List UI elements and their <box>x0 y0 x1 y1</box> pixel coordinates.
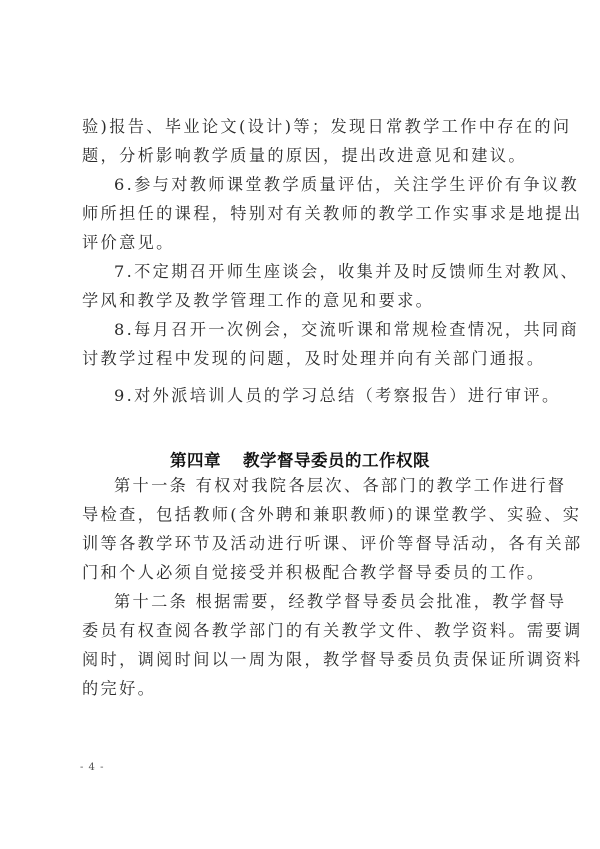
page-number: - 4 - <box>80 762 104 773</box>
paragraph-line: 委员有权查阅各教学部门的有关教学文件、教学资料。需要调 <box>82 621 522 641</box>
chapter-heading: 第四章教学督导委员的工作权限 <box>0 447 600 471</box>
paragraph-line: 第十一条 有权对我院各层次、各部门的教学工作进行督 <box>114 476 554 496</box>
paragraph-line: 导检查，包括教师(含外聘和兼职教师)的课堂教学、实验、实 <box>82 505 522 525</box>
paragraph-line: 阅时，调阅时间以一周为限，教学督导委员负责保证所调资料 <box>82 650 522 670</box>
paragraph-line: 评价意见。 <box>82 233 522 253</box>
paragraph-line: 讨教学过程中发现的问题，及时处理并向有关部门通报。 <box>82 349 522 369</box>
paragraph-line: 门和个人必须自觉接受并积极配合教学督导委员的工作。 <box>82 563 522 583</box>
chapter-number: 第四章 <box>170 451 221 470</box>
paragraph-line: 题，分析影响教学质量的原因，提出改进意见和建议。 <box>82 146 522 166</box>
paragraph-line: 8.每月召开一次例会，交流听课和常规检查情况，共同商 <box>114 320 554 340</box>
chapter-title: 教学督导委员的工作权限 <box>243 451 430 470</box>
paragraph-line: 的完好。 <box>82 679 522 699</box>
paragraph-line: 训等各教学环节及活动进行听课、评价等督导活动，各有关部 <box>82 534 522 554</box>
paragraph-line: 学风和教学及教学管理工作的意见和要求。 <box>82 291 522 311</box>
paragraph-line: 6.参与对教师课堂教学质量评估，关注学生评价有争议教 <box>114 175 554 195</box>
paragraph-line: 第十二条 根据需要，经教学督导委员会批准，教学督导 <box>114 592 554 612</box>
document-page: 验)报告、毕业论文(设计)等；发现日常教学工作中存在的问 题，分析影响教学质量的… <box>0 0 600 849</box>
paragraph-line: 7.不定期召开师生座谈会，收集并及时反馈师生对教风、 <box>114 262 554 282</box>
paragraph-line: 验)报告、毕业论文(设计)等；发现日常教学工作中存在的问 <box>82 117 522 137</box>
paragraph-line: 师所担任的课程，特别对有关教师的教学工作实事求是地提出 <box>82 204 522 224</box>
paragraph-line: 9.对外派培训人员的学习总结（考察报告）进行审评。 <box>114 386 554 406</box>
